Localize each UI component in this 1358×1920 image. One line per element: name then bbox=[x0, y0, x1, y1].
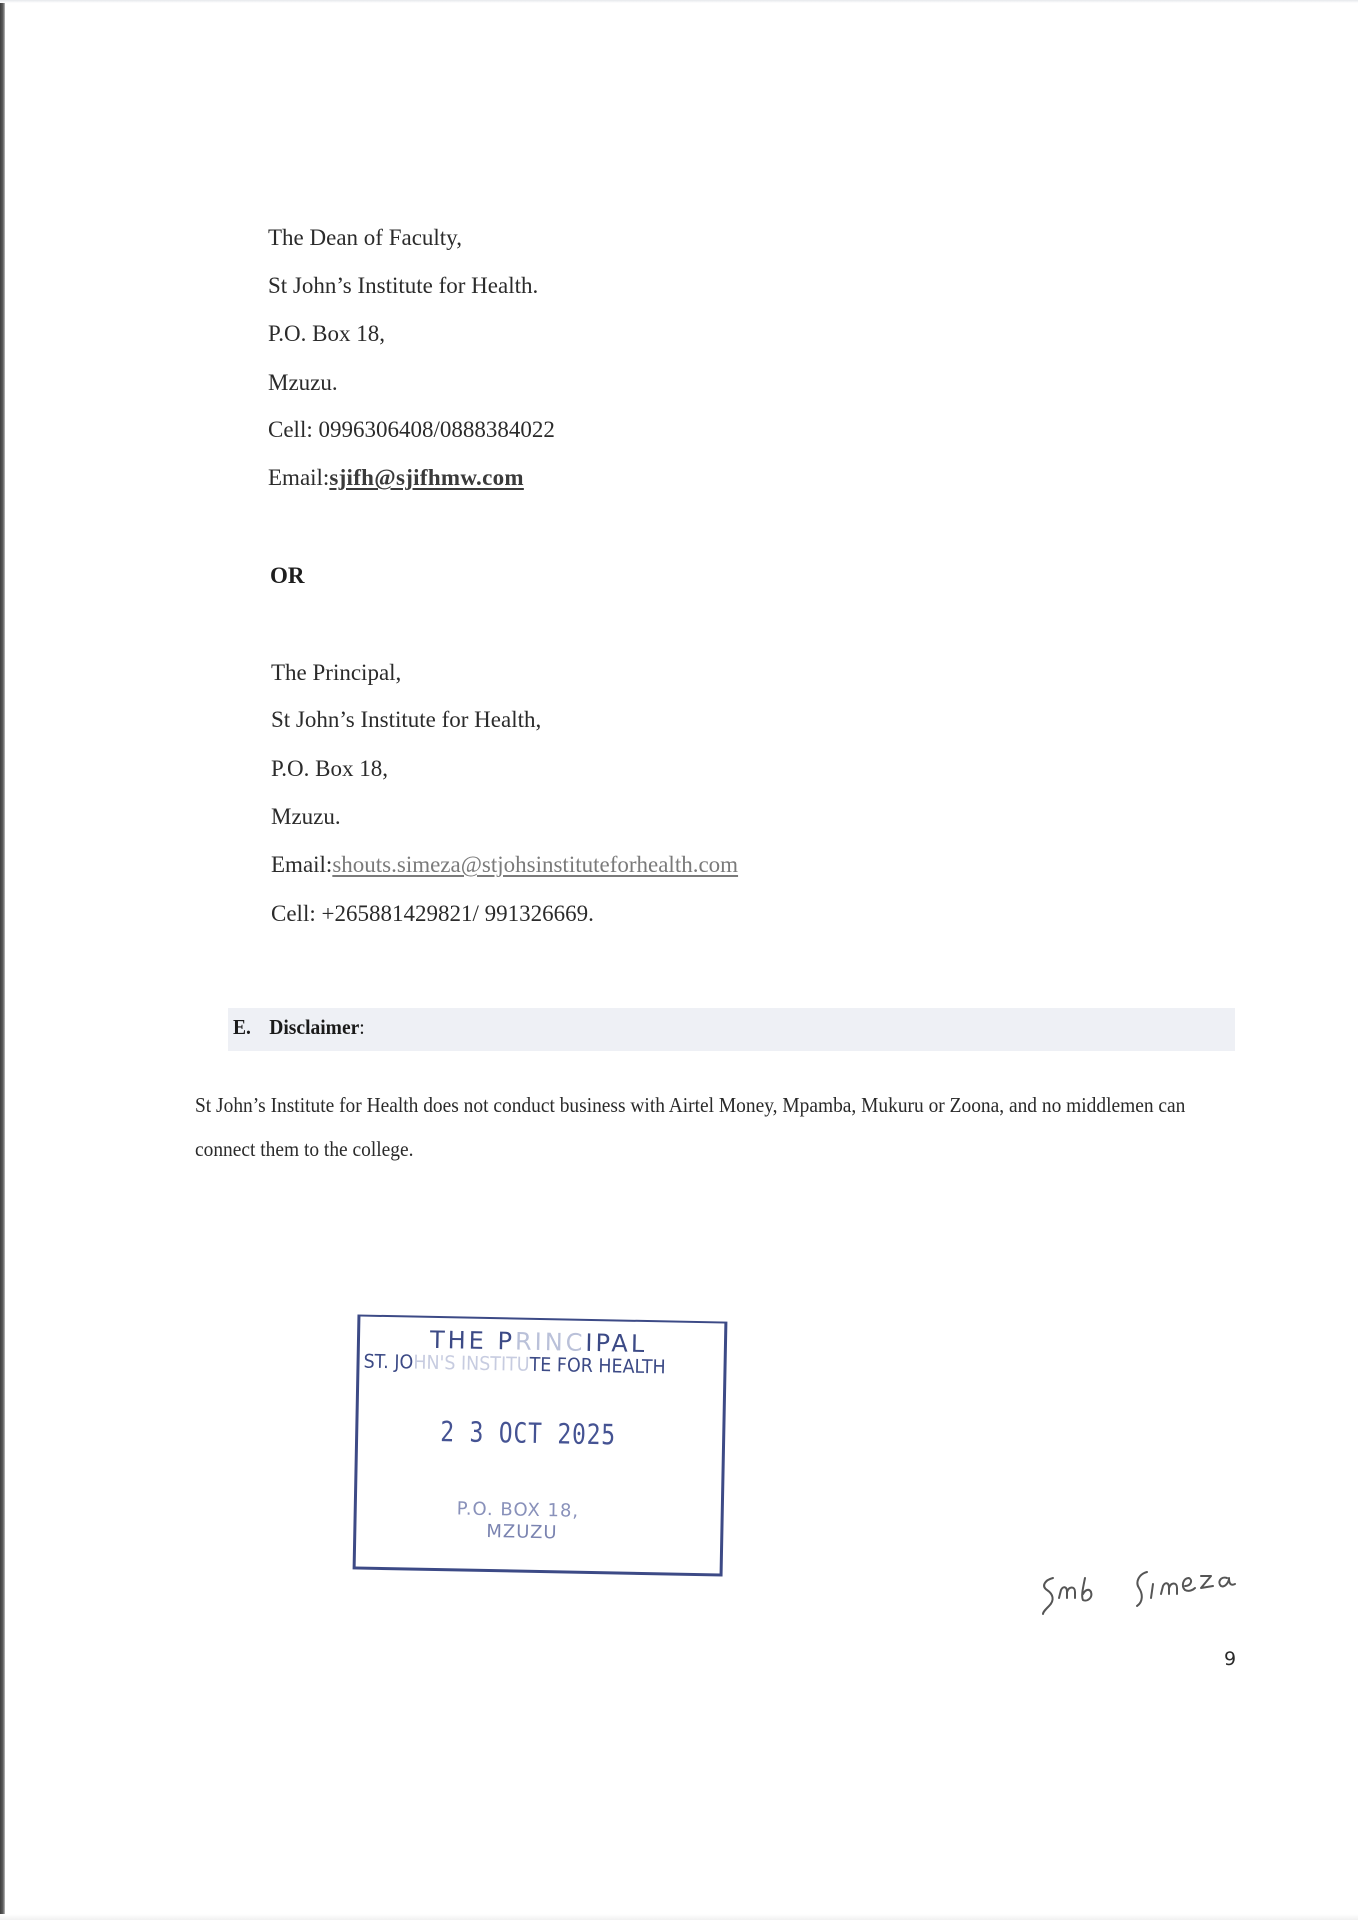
contact-principal-city: Mzuzu. bbox=[271, 803, 341, 831]
stamp-institution-start: ST. JO bbox=[363, 1351, 413, 1374]
contact-dean-email-link[interactable]: sjifh@sjifhmw.com bbox=[329, 465, 524, 490]
contact-dean-email-line: Email:sjifh@sjifhmw.com bbox=[268, 464, 524, 492]
disclaimer-heading: E.Disclaimer: bbox=[233, 1013, 365, 1041]
contact-dean-po-box: P.O. Box 18, bbox=[268, 320, 385, 348]
stamp-institution-line: ST. JOHN'S INSTITUTE FOR HEALTH bbox=[363, 1351, 666, 1379]
disclaimer-colon: : bbox=[359, 1015, 364, 1039]
stamp-po-box: P.O. BOX 18, bbox=[457, 1498, 580, 1521]
page-number: 9 bbox=[1224, 1648, 1236, 1670]
contact-dean-email-label: Email: bbox=[268, 465, 329, 490]
stamp-title-faded: RINC bbox=[515, 1328, 586, 1357]
contact-principal-email-label: Email: bbox=[271, 852, 332, 877]
disclaimer-title: Disclaimer bbox=[269, 1015, 359, 1039]
stamp-date: 2 3 OCT 2025 bbox=[440, 1415, 616, 1451]
disclaimer-section-letter: E. bbox=[233, 1013, 269, 1041]
scan-edge-left bbox=[0, 0, 5, 1920]
or-separator: OR bbox=[270, 563, 305, 589]
handwritten-signature bbox=[1035, 1538, 1285, 1618]
contact-dean-city: Mzuzu. bbox=[268, 369, 338, 397]
stamp-institution-end: TE FOR HEALTH bbox=[529, 1354, 665, 1379]
contact-dean-institution: St John’s Institute for Health. bbox=[268, 272, 538, 300]
disclaimer-heading-band bbox=[228, 1008, 1235, 1051]
contact-dean-title: The Dean of Faculty, bbox=[268, 224, 462, 252]
stamp-institution-faded: HN'S INSTITU bbox=[413, 1352, 530, 1376]
contact-principal-po-box: P.O. Box 18, bbox=[271, 755, 388, 783]
stamp-city: MZUZU bbox=[486, 1521, 558, 1543]
contact-principal-institution: St John’s Institute for Health, bbox=[271, 706, 541, 734]
contact-principal-email-link[interactable]: shouts.simeza@stjohsinstituteforhealth.c… bbox=[332, 852, 738, 877]
official-stamp: THE PRINCIPAL ST. JOHN'S INSTITUTE FOR H… bbox=[353, 1314, 728, 1576]
disclaimer-text: St John’s Institute for Health does not … bbox=[195, 1083, 1231, 1171]
scan-edge-top bbox=[0, 0, 1358, 3]
scan-edge-bottom bbox=[0, 1914, 1358, 1920]
stamp-title-end: IPAL bbox=[585, 1329, 647, 1358]
contact-principal-cell: Cell: +265881429821/ 991326669. bbox=[271, 900, 594, 928]
contact-dean-cell: Cell: 0996306408/0888384022 bbox=[268, 416, 555, 444]
contact-principal-title: The Principal, bbox=[271, 659, 401, 687]
signature-icon bbox=[1035, 1538, 1285, 1618]
stamp-title-start: THE P bbox=[430, 1326, 516, 1356]
contact-principal-email-line: Email:shouts.simeza@stjohsinstituteforhe… bbox=[271, 851, 738, 879]
